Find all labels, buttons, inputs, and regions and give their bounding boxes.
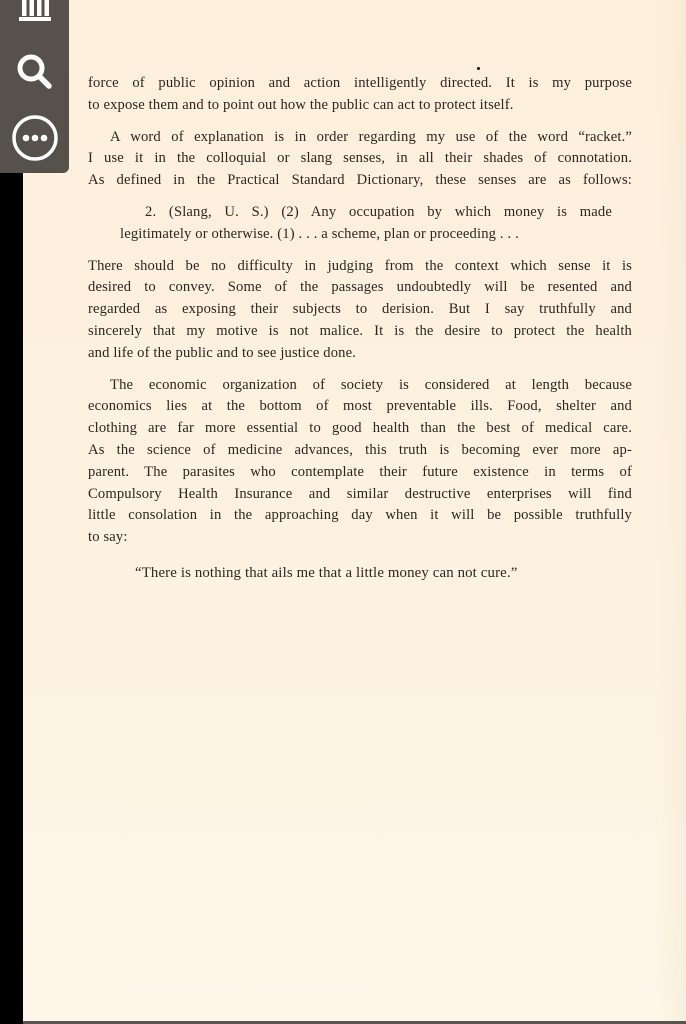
book-page[interactable]: force of public opinion and action intel…	[23, 0, 686, 1021]
text-line: parent. The parasites who contemplate th…	[88, 462, 632, 484]
search-icon	[13, 50, 57, 94]
text-line: regarded as exposing their subjects to d…	[88, 299, 632, 321]
text-line: desired to convey. Some of the passages …	[88, 277, 632, 299]
text-line: to say:	[88, 527, 632, 549]
paragraph-1: force of public opinion and action intel…	[88, 73, 632, 117]
library-button[interactable]	[10, 0, 60, 28]
more-options-button[interactable]	[10, 113, 60, 163]
ink-speck	[477, 67, 480, 70]
text-line: The economic organization of society is …	[88, 375, 632, 397]
paragraph-4: The economic organization of society is …	[88, 375, 632, 549]
block-quote: “There is nothing that ails me that a li…	[88, 563, 632, 585]
text-line: A word of explanation is in order regard…	[88, 127, 632, 149]
text-line: little consolation in the approaching da…	[88, 505, 632, 527]
page-text: force of public opinion and action intel…	[88, 73, 632, 585]
text-line: There should be no difficulty in judging…	[88, 256, 632, 278]
bleed-through-text	[107, 592, 647, 724]
more-options-icon	[10, 113, 60, 163]
text-line: legitimately or otherwise. (1) . . . a s…	[120, 224, 612, 246]
paragraph-3: There should be no difficulty in judging…	[88, 256, 632, 365]
text-line: and life of the public and to see justic…	[88, 343, 632, 365]
text-line: Compulsory Health Insurance and similar …	[88, 484, 632, 506]
text-line: 2. (Slang, U. S.) (2) Any occupation by …	[145, 202, 612, 224]
paragraph-2: A word of explanation is in order regard…	[88, 127, 632, 192]
reader-toolbar	[0, 0, 69, 173]
book-viewer: force of public opinion and action intel…	[0, 0, 686, 1024]
text-line: sincerely that my motive is not malice. …	[88, 321, 632, 343]
library-icon	[18, 0, 52, 28]
text-line: As defined in the Practical Standard Dic…	[88, 170, 632, 192]
text-line: force of public opinion and action intel…	[88, 73, 632, 95]
text-line: As the science of medicine advances, thi…	[88, 440, 632, 462]
text-line: I use it in the colloquial or slang sens…	[88, 148, 632, 170]
text-line: clothing are far more essential to good …	[88, 418, 632, 440]
dictionary-definition: 2. (Slang, U. S.) (2) Any occupation by …	[88, 202, 632, 246]
text-line: economics lies at the bottom of most pre…	[88, 396, 632, 418]
text-line: to expose them and to point out how the …	[88, 95, 632, 117]
search-button[interactable]	[10, 47, 60, 97]
